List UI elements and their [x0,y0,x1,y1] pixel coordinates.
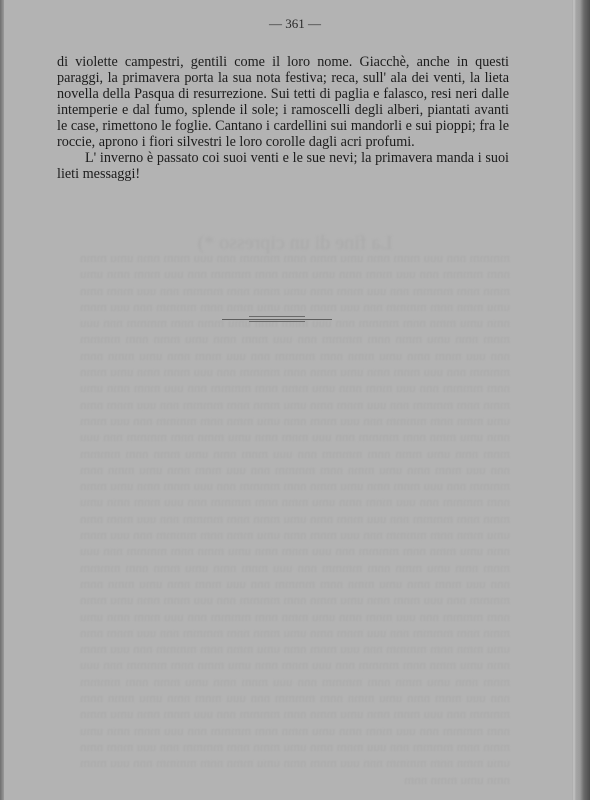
page-right-edge [572,0,590,800]
paragraph: di violette campestri, gentili come il l… [57,54,509,150]
scanned-page: La fine di un cipresso *) mmmm nnn uuu m… [0,0,590,800]
paragraph: L' inverno è passato coi suoi venti e le… [57,150,509,182]
body-text: di violette campestri, gentili come il l… [57,54,509,182]
page-number: — 361 — [0,16,590,32]
bleed-through-texture: mmmm nnn uuu mnm nmn umu mmn nnm mmmm nn… [80,250,510,788]
section-separator [222,316,332,322]
page-left-edge [0,0,4,800]
